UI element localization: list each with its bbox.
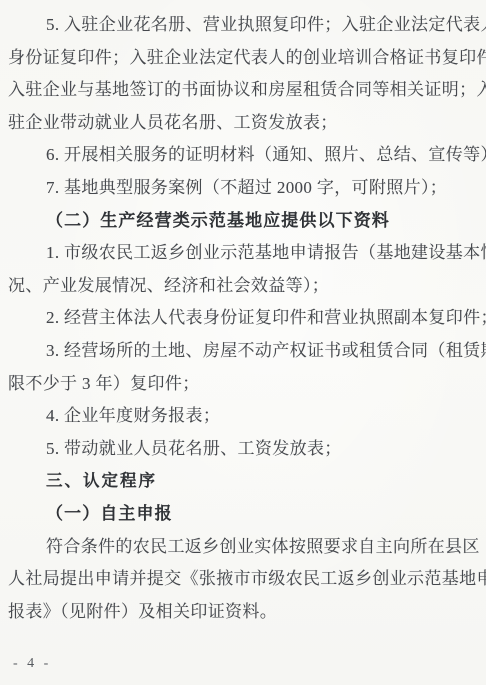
text-line: 3. 经营场所的土地、房屋不动产权证书或租赁合同（租赁期 bbox=[8, 335, 480, 368]
text-line: 符合条件的农民工返乡创业实体按照要求自主向所在县区 bbox=[8, 531, 480, 564]
text-line: 限不少于 3 年）复印件； bbox=[8, 368, 480, 401]
page-number: - 4 - bbox=[13, 656, 51, 672]
heading-line: 三、认定程序 bbox=[8, 465, 480, 498]
text-line: 驻企业带动就业人员花名册、工资发放表； bbox=[8, 107, 480, 140]
text-line: 4. 企业年度财务报表； bbox=[8, 400, 480, 433]
text-line: 7. 基地典型服务案例（不超过 2000 字，可附照片）； bbox=[8, 172, 480, 205]
text-line: 入驻企业与基地签订的书面协议和房屋租赁合同等相关证明；入 bbox=[8, 74, 480, 107]
text-line: 6. 开展相关服务的证明材料（通知、照片、总结、宣传等）； bbox=[8, 139, 480, 172]
text-line: 人社局提出申请并提交《张掖市市级农民工返乡创业示范基地申 bbox=[8, 563, 480, 596]
heading-line: （一）自主申报 bbox=[8, 498, 480, 531]
text-line: 况、产业发展情况、经济和社会效益等）； bbox=[8, 270, 480, 303]
text-line: 身份证复印件；入驻企业法定代表人的创业培训合格证书复印件； bbox=[8, 42, 480, 75]
text-line: 报表》（见附件）及相关印证资料。 bbox=[8, 596, 480, 629]
heading-line: （二）生产经营类示范基地应提供以下资料 bbox=[8, 205, 480, 238]
document-body: 5. 入驻企业花名册、营业执照复印件；入驻企业法定代表人身份证复印件；入驻企业法… bbox=[0, 0, 486, 628]
document-page: 5. 入驻企业花名册、营业执照复印件；入驻企业法定代表人身份证复印件；入驻企业法… bbox=[0, 0, 486, 685]
text-line: 5. 带动就业人员花名册、工资发放表； bbox=[8, 433, 480, 466]
text-line: 2. 经营主体法人代表身份证复印件和营业执照副本复印件； bbox=[8, 302, 480, 335]
text-line: 5. 入驻企业花名册、营业执照复印件；入驻企业法定代表人 bbox=[8, 9, 480, 42]
text-line: 1. 市级农民工返乡创业示范基地申请报告（基地建设基本情 bbox=[8, 237, 480, 270]
